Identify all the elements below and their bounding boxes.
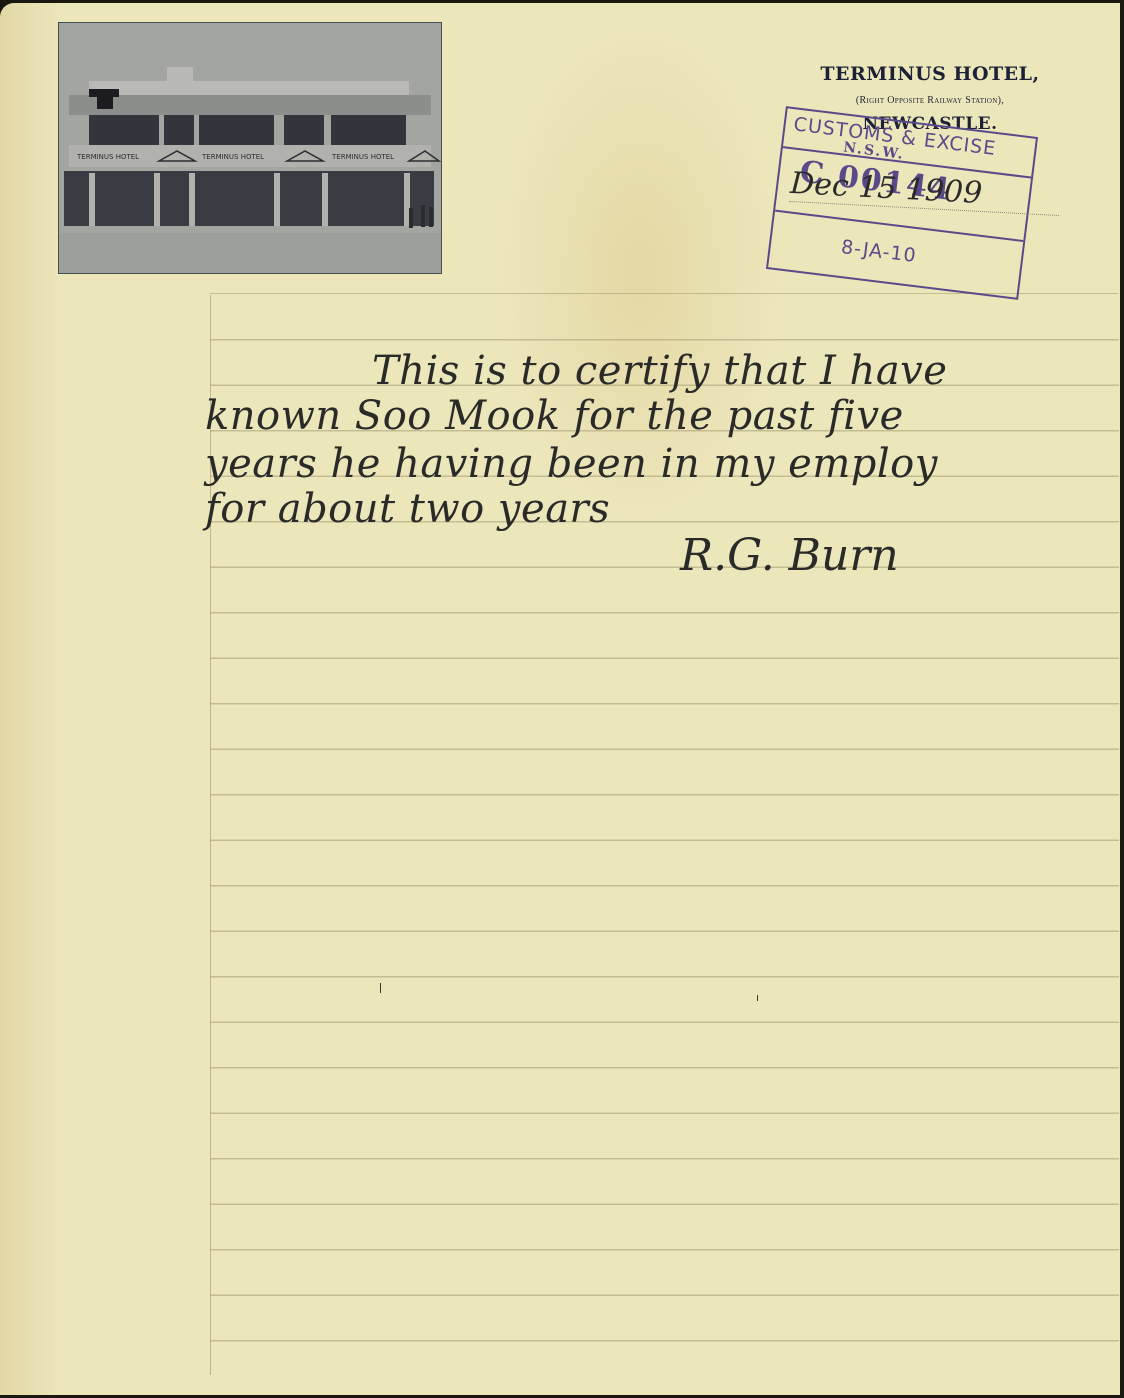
body-line-3: years he having been in my employ: [205, 441, 938, 487]
body-line-1: This is to certify that I have: [372, 348, 947, 394]
hotel-photograph: TERMINUS HOTEL TERMINUS HOTEL TERMINUS H…: [58, 22, 442, 274]
letter-paper: TERMINUS HOTEL TERMINUS HOTEL TERMINUS H…: [0, 3, 1120, 1395]
hotel-name: TERMINUS HOTEL,: [780, 63, 1080, 85]
photo-sign-3: TERMINUS HOTEL: [331, 153, 394, 161]
stamp-date: 8-JA-10: [840, 236, 918, 267]
photo-sign-2: TERMINUS HOTEL: [201, 153, 264, 161]
body-line-4: for about two years: [205, 486, 610, 532]
body-line-2: known Soo Mook for the past five: [205, 393, 904, 439]
signature: R.G. Burn: [680, 530, 899, 581]
paper-speck: [757, 995, 758, 1001]
hotel-location-note: (Right Opposite Railway Station),: [780, 95, 1080, 106]
paper-speck: [380, 983, 381, 993]
photo-sign-1: TERMINUS HOTEL: [76, 153, 139, 161]
